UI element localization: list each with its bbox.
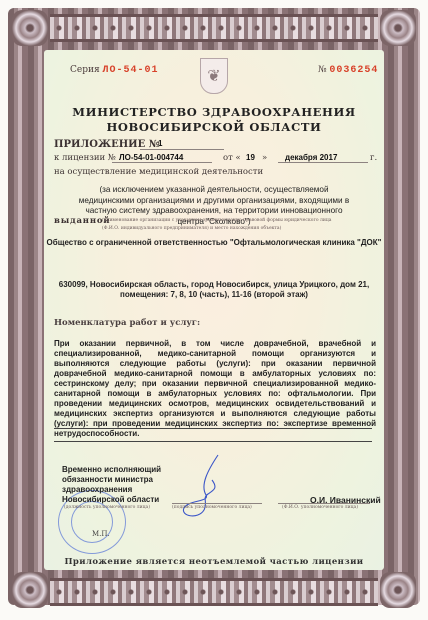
- series-value: ЛО-54-01: [103, 65, 159, 76]
- name-hint: (Ф.И.О. уполномоченного лица): [282, 505, 358, 510]
- address-line-2: помещения: 7, 8, 10 (часть), 11-16 (втор…: [44, 290, 384, 299]
- address-line-1: 630099, Новосибирская область, город Нов…: [44, 280, 384, 289]
- issued-hint-2: (Ф.И.О. индивидуального предпринимателя)…: [102, 226, 281, 231]
- license-number: ЛО-54-01-004744: [119, 153, 183, 162]
- position-line-1: Временно исполняющий: [62, 465, 161, 475]
- ornamental-band-top: [50, 14, 378, 42]
- position-line-2: обязанности министра: [62, 475, 161, 485]
- number-value: 0036254: [329, 65, 378, 76]
- organization-name: Общество с ограниченной ответственностью…: [44, 238, 384, 247]
- number-label: №: [318, 65, 327, 75]
- signer-position: Временно исполняющий обязанности министр…: [62, 465, 161, 505]
- region-title: НОВОСИБИРСКОЙ ОБЛАСТИ: [44, 120, 384, 134]
- corner-ornament-icon: [380, 10, 416, 46]
- position-line-3: здравоохранения: [62, 485, 161, 495]
- handwritten-signature-icon: [178, 450, 228, 525]
- signature-hint: (подпись уполномоченного лица): [172, 505, 252, 510]
- nomenclature-text: При оказании первичной, в том числе довр…: [54, 339, 376, 439]
- license-day: 19: [246, 153, 255, 162]
- corner-ornament-icon: [380, 572, 416, 608]
- year-suffix: г.: [370, 153, 377, 163]
- series-label: Серия: [70, 65, 100, 75]
- form-number: № 0036254: [318, 65, 378, 76]
- nomenclature-label: Номенклатура работ и услуг:: [54, 318, 200, 328]
- issued-hint-1: (наименование организации с указанием ор…: [102, 218, 331, 223]
- russian-coat-of-arms-icon: ❦: [200, 58, 228, 94]
- license-appendix-document: Серия ЛО-54-01 ❦ № 0036254 МИНИСТЕРСТВО …: [0, 0, 428, 620]
- license-label: к лицензии №: [54, 153, 116, 163]
- corner-ornament-icon: [12, 10, 48, 46]
- license-month-year: декабря 2017: [285, 153, 337, 162]
- ministry-title: МИНИСТЕРСТВО ЗДРАВООХРАНЕНИЯ: [44, 105, 384, 119]
- position-line-4: Новосибирской области: [62, 495, 161, 505]
- position-hint: (должность уполномоченного лица): [64, 505, 150, 510]
- series: Серия ЛО-54-01: [70, 65, 159, 76]
- stamp-placeholder-label: М.П.: [92, 530, 110, 538]
- corner-ornament-icon: [12, 572, 48, 608]
- date-prefix: от «: [223, 153, 241, 163]
- appendix-number: 1: [158, 139, 162, 148]
- date-mid: »: [262, 153, 267, 163]
- activity-label: на осуществление медицинской деятельност…: [54, 167, 263, 177]
- footer-note: Приложение является неотъемлемой частью …: [44, 557, 384, 567]
- ornamental-band-bottom: [50, 578, 378, 606]
